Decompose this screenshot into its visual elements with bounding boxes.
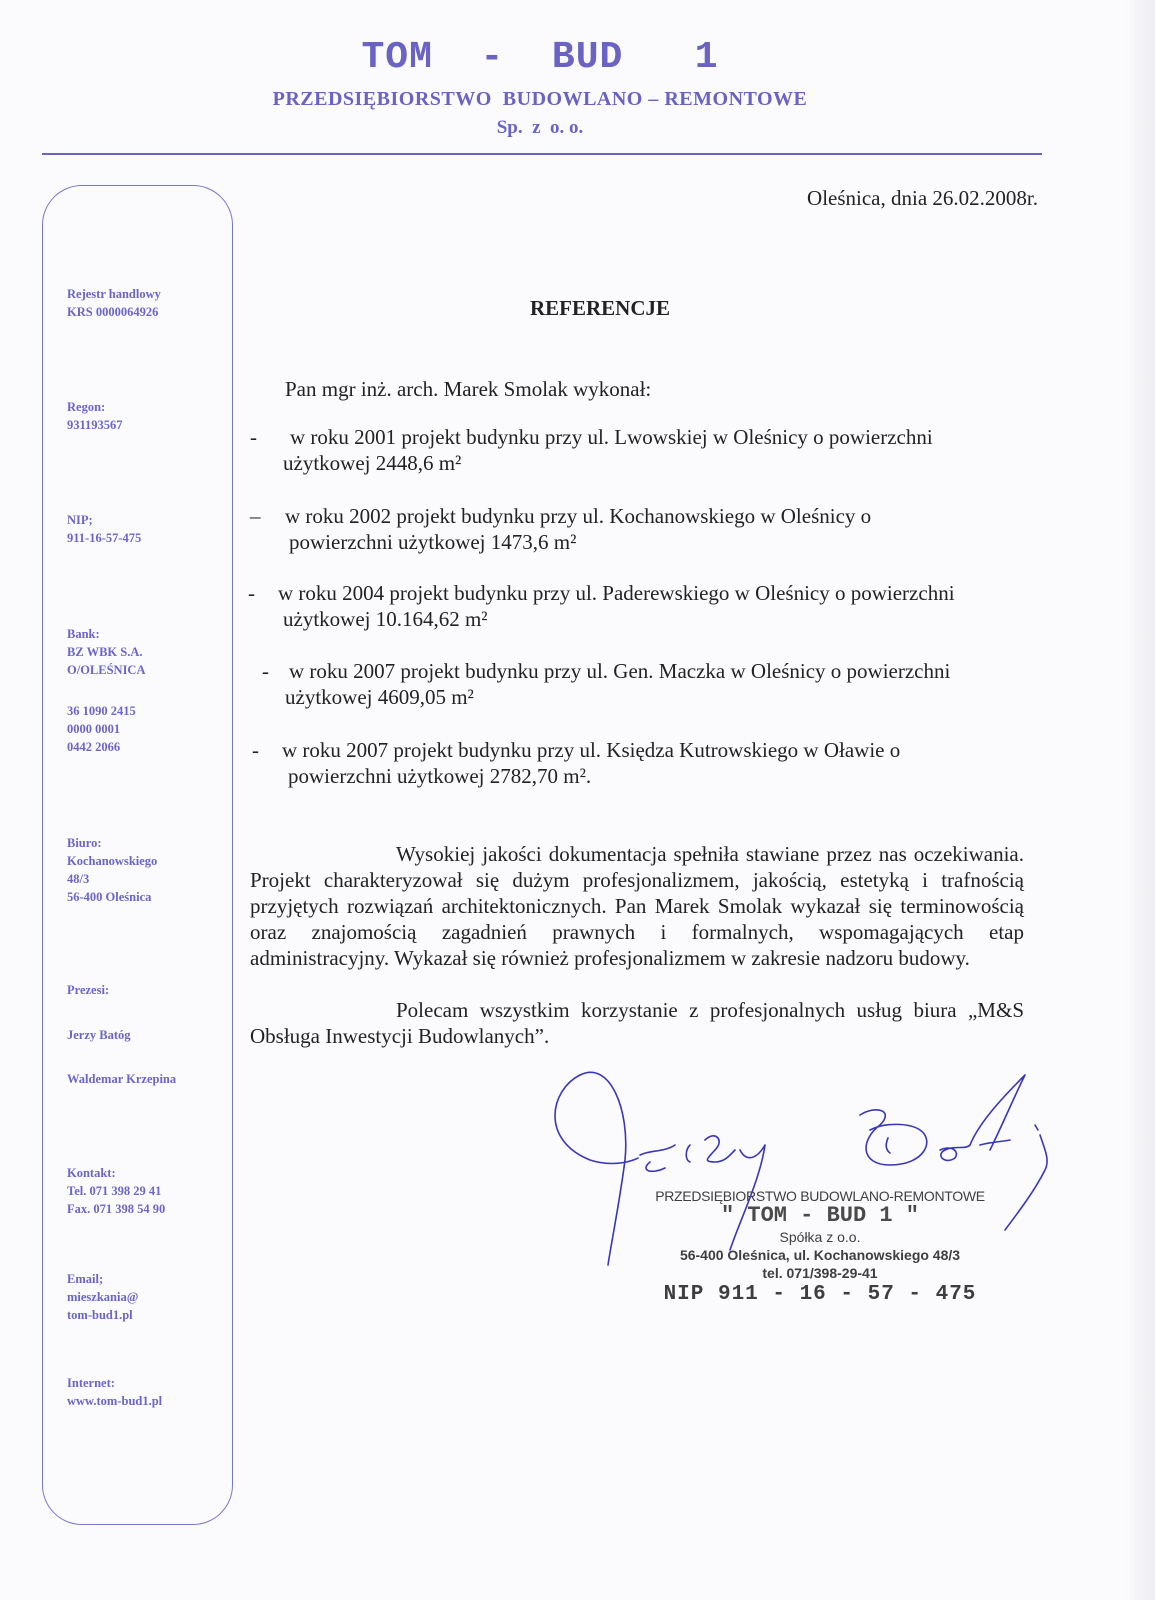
project-line-2: powierzchni użytkowej 2782,70 m². (288, 763, 591, 789)
project-line-2: użytkowej 2448,6 m² (283, 450, 461, 476)
project-line-1: w roku 2004 projekt budynku przy ul. Pad… (278, 580, 955, 606)
closing-text: Polecam wszystkim korzystanie z profesjo… (250, 998, 1024, 1048)
company-name: TOM - BUD 1 (0, 36, 1080, 79)
stamp-nip: NIP 911 - 16 - 57 - 475 (640, 1282, 1000, 1308)
bullet-dash: - (252, 737, 259, 763)
bullet-dash: – (250, 503, 261, 529)
sidebar-contact: Kontakt: Tel. 071 398 29 41 Fax. 071 398… (67, 1164, 165, 1218)
project-line-2: użytkowej 4609,05 m² (285, 684, 474, 710)
page-edge-shadow (1125, 0, 1155, 1600)
stamp-company-name: " TOM - BUD 1 " (640, 1204, 1000, 1228)
bullet-dash: - (262, 658, 269, 684)
project-line-2: powierzchni użytkowej 1473,6 m² (289, 529, 576, 555)
sidebar-regon: Regon: 931193567 (67, 398, 123, 434)
project-line-1: w roku 2007 projekt budynku przy ul. Ksi… (282, 737, 900, 763)
sidebar-registry: Rejestr handlowy KRS 0000064926 (67, 285, 161, 321)
project-line-2: użytkowej 10.164,62 m² (283, 606, 488, 632)
sidebar-nip: NIP; 911-16-57-475 (67, 511, 141, 547)
sidebar-president-1: Jerzy Batóg (67, 1026, 131, 1044)
stamp-address: 56-400 Oleśnica, ul. Kochanowskiego 48/3 (640, 1246, 1000, 1264)
project-line-1: w roku 2002 projekt budynku przy ul. Koc… (285, 503, 871, 529)
stamp-legal-form: Spółka z o.o. (640, 1228, 1000, 1246)
stamp-phone: tel. 071/398-29-41 (640, 1264, 1000, 1282)
sidebar-internet: Internet: www.tom-bud1.pl (67, 1374, 162, 1410)
recommendation-paragraph: Wysokiej jakości dokumentacja spełniła s… (250, 841, 1024, 971)
bullet-dash: - (248, 580, 255, 606)
document-title: REFERENCJE (240, 296, 960, 321)
sidebar-email: Email; mieszkania@ tom-bud1.pl (67, 1270, 138, 1324)
sidebar-office: Biuro: Kochanowskiego 48/3 56-400 Oleśni… (67, 834, 157, 906)
sidebar-presidents-label: Prezesi: (67, 981, 109, 999)
recommendation-text: Wysokiej jakości dokumentacja spełniła s… (250, 842, 1024, 970)
project-line-1: w roku 2007 projekt budynku przy ul. Gen… (289, 658, 950, 684)
intro-line: Pan mgr inż. arch. Marek Smolak wykonał: (285, 377, 651, 402)
header-divider (42, 153, 1042, 155)
company-type: PRZEDSIĘBIORSTWO BUDOWLANO – REMONTOWE (0, 88, 1080, 111)
sidebar-bank: Bank: BZ WBK S.A. O/OLEŚNICA (67, 625, 146, 679)
company-stamp: PRZEDSIĘBIORSTWO BUDOWLANO-REMONTOWE " T… (640, 1188, 1000, 1308)
company-legal-form: Sp. z o. o. (0, 117, 1080, 139)
bullet-dash: - (250, 424, 257, 450)
closing-paragraph: Polecam wszystkim korzystanie z profesjo… (250, 997, 1024, 1049)
letter-date: Oleśnica, dnia 26.02.2008r. (807, 186, 1038, 211)
sidebar-bank-account: 36 1090 2415 0000 0001 0442 2066 (67, 702, 136, 756)
sidebar-president-2: Waldemar Krzepina (67, 1070, 176, 1088)
stamp-company-type: PRZEDSIĘBIORSTWO BUDOWLANO-REMONTOWE (640, 1188, 1000, 1204)
project-line-1: w roku 2001 projekt budynku przy ul. Lwo… (290, 424, 933, 450)
